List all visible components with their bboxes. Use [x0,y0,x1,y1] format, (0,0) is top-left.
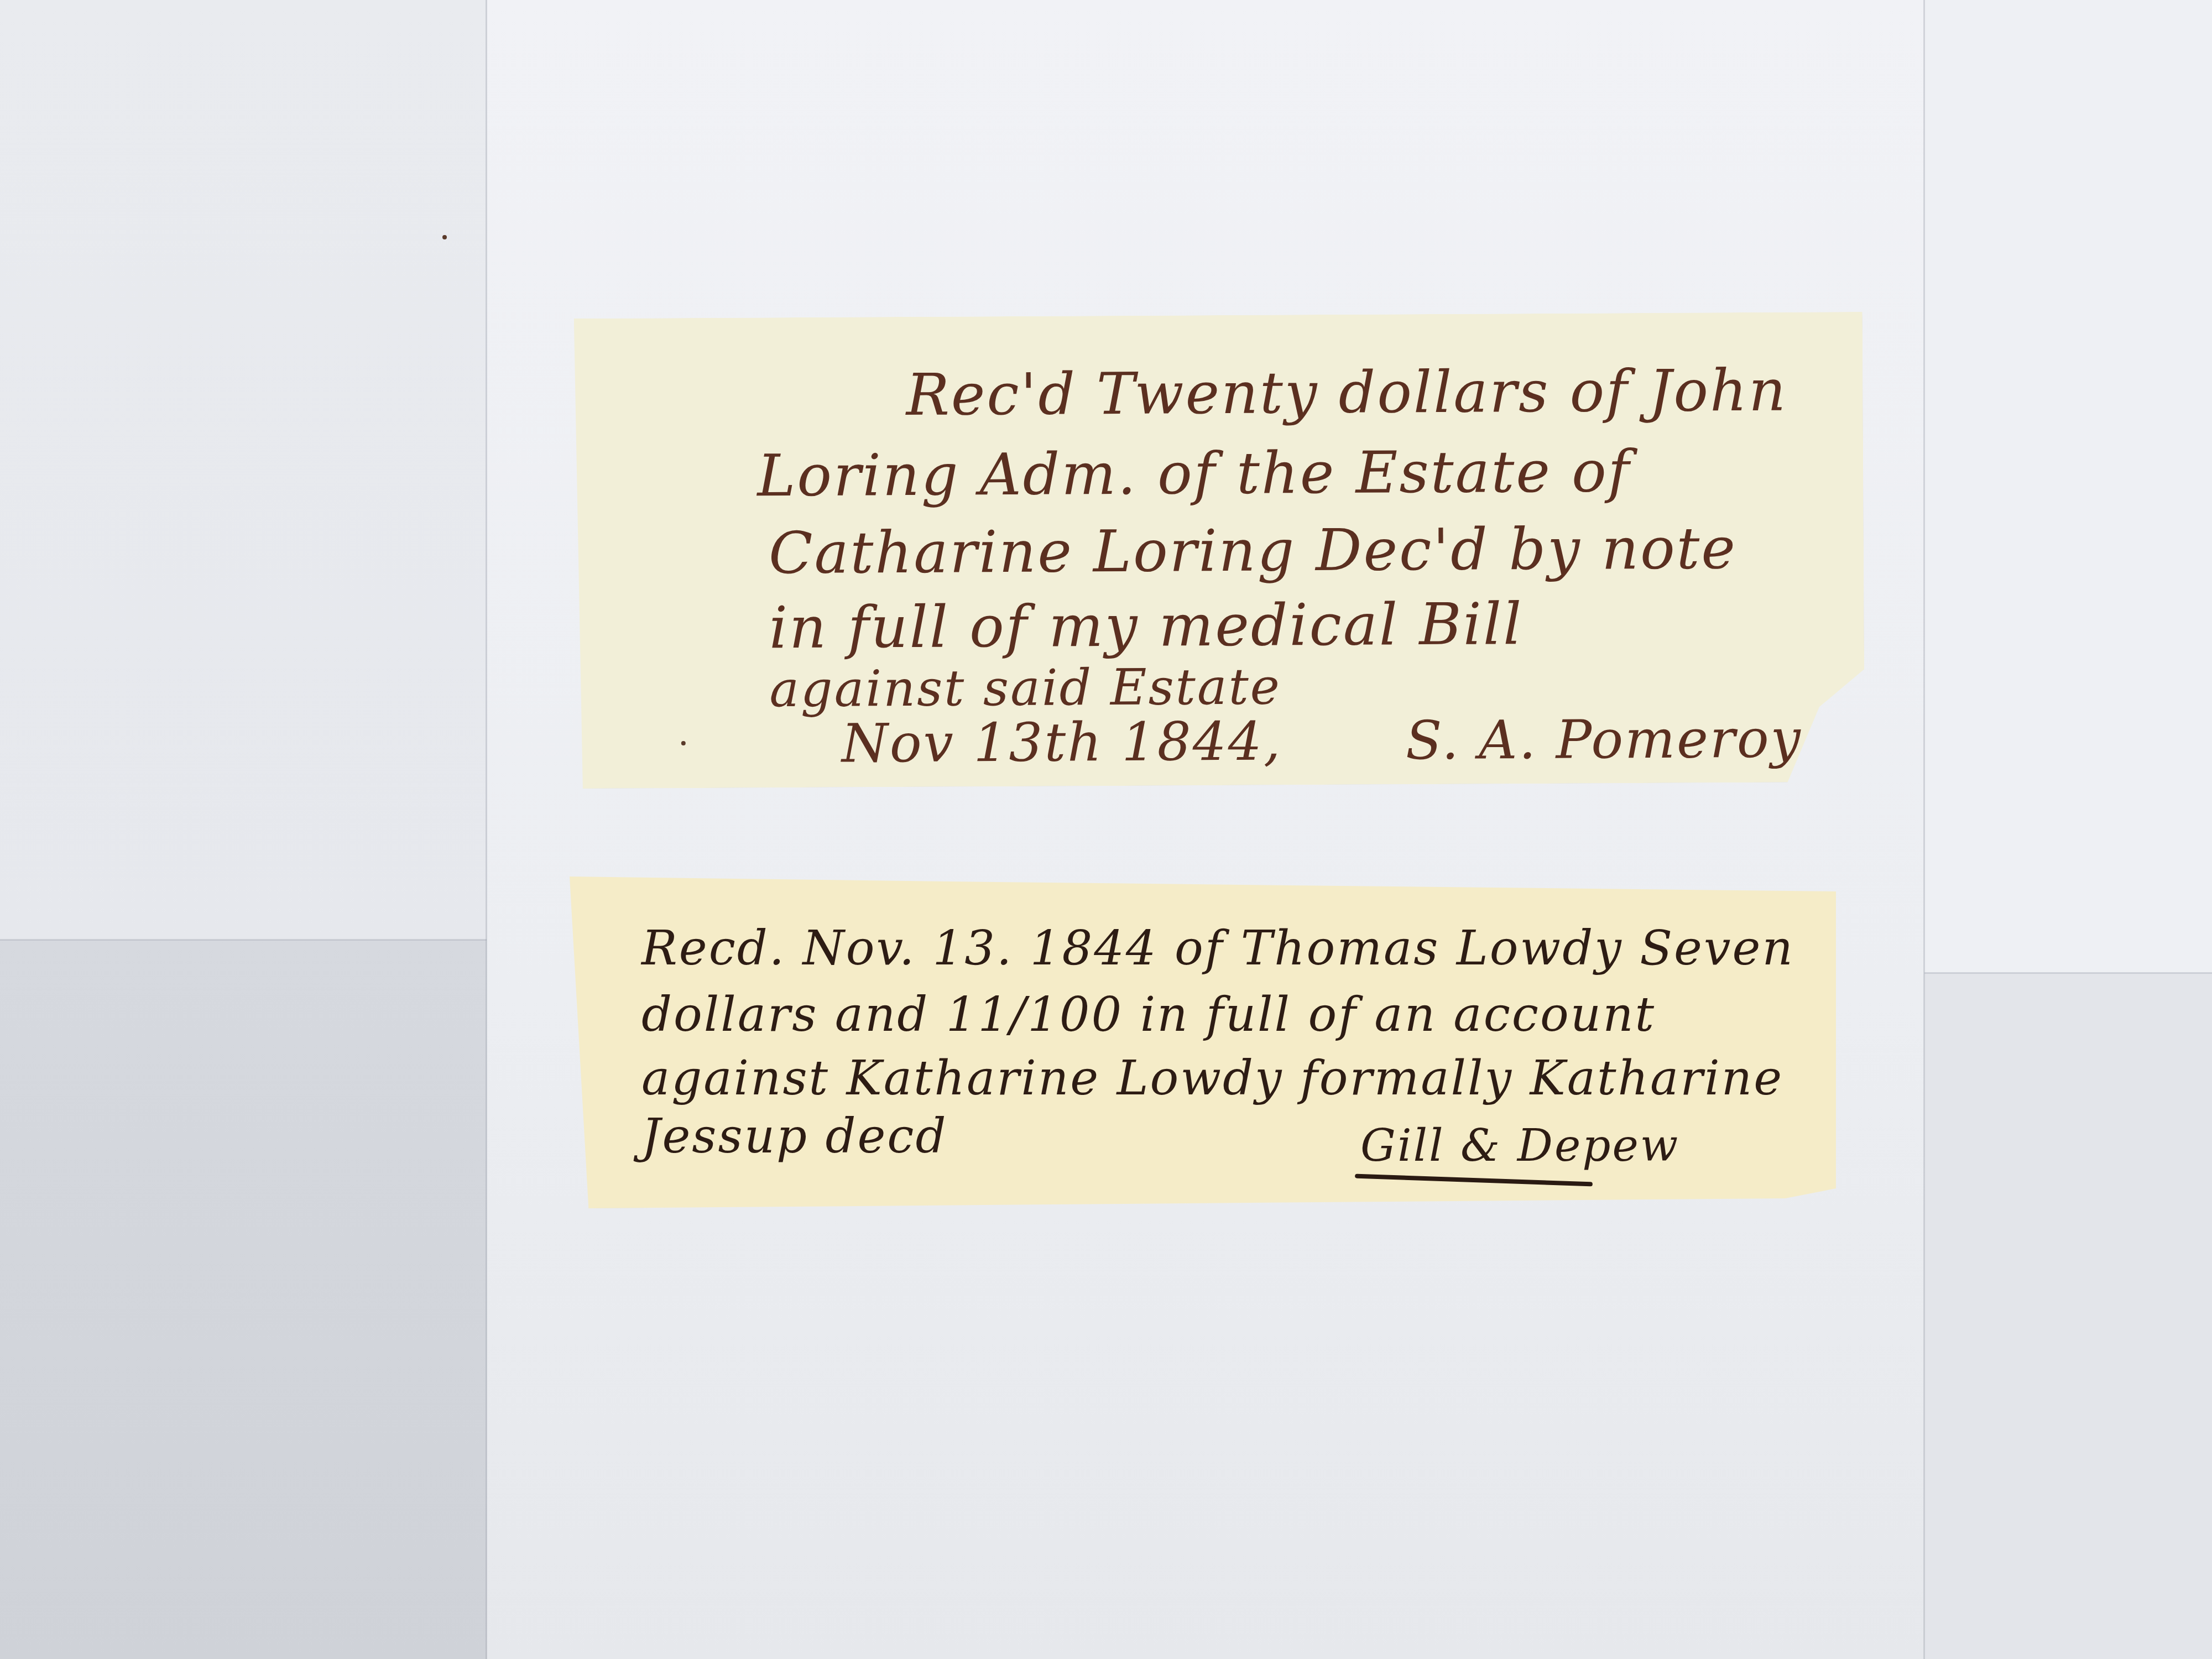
receipt-line: Catharine Loring Dec'd by note [769,514,1738,587]
ink-speck [681,741,686,745]
receipt-line: Jessup decd [641,1109,948,1164]
receipt-signature: S. A. Pomeroy [1406,707,1803,771]
background-sheet-right-bottom [1924,973,2212,1659]
background-sheet-left-top [0,0,487,940]
receipt-line: in full of my medical Bill [769,590,1523,661]
horizontal-fold-right [1924,972,2212,974]
receipt-line: against Katharine Lowdy formally Kathari… [641,1051,1783,1106]
receipt-date: Nov 13th 1844, [842,710,1282,774]
signature-underline [1355,1173,1593,1186]
receipt-line: Loring Adm. of the Estate of [757,437,1631,509]
receipt-line: Recd. Nov. 13. 1844 of Thomas Lowdy Seve… [641,921,1794,976]
horizontal-fold-left [0,939,487,941]
background-sheet-left-bottom [0,940,487,1659]
receipt-account: Recd. Nov. 13. 1844 of Thomas Lowdy Seve… [570,877,1836,1208]
receipt-line: dollars and 11/100 in full of an account [641,987,1656,1042]
receipt-line: Rec'd Twenty dollars of John [906,357,1787,429]
receipt-line: against said Estate [769,658,1281,718]
vertical-fold-left [486,0,487,1659]
background-sheet-right-top [1924,0,2212,973]
vertical-fold-right [1923,0,1925,1659]
receipt-medical-bill: Rec'd Twenty dollars of John Loring Adm.… [574,312,1865,789]
paper-speck [442,235,447,239]
receipt-signature: Gill & Depew [1360,1120,1679,1171]
background-sheet-center [487,0,1924,1659]
